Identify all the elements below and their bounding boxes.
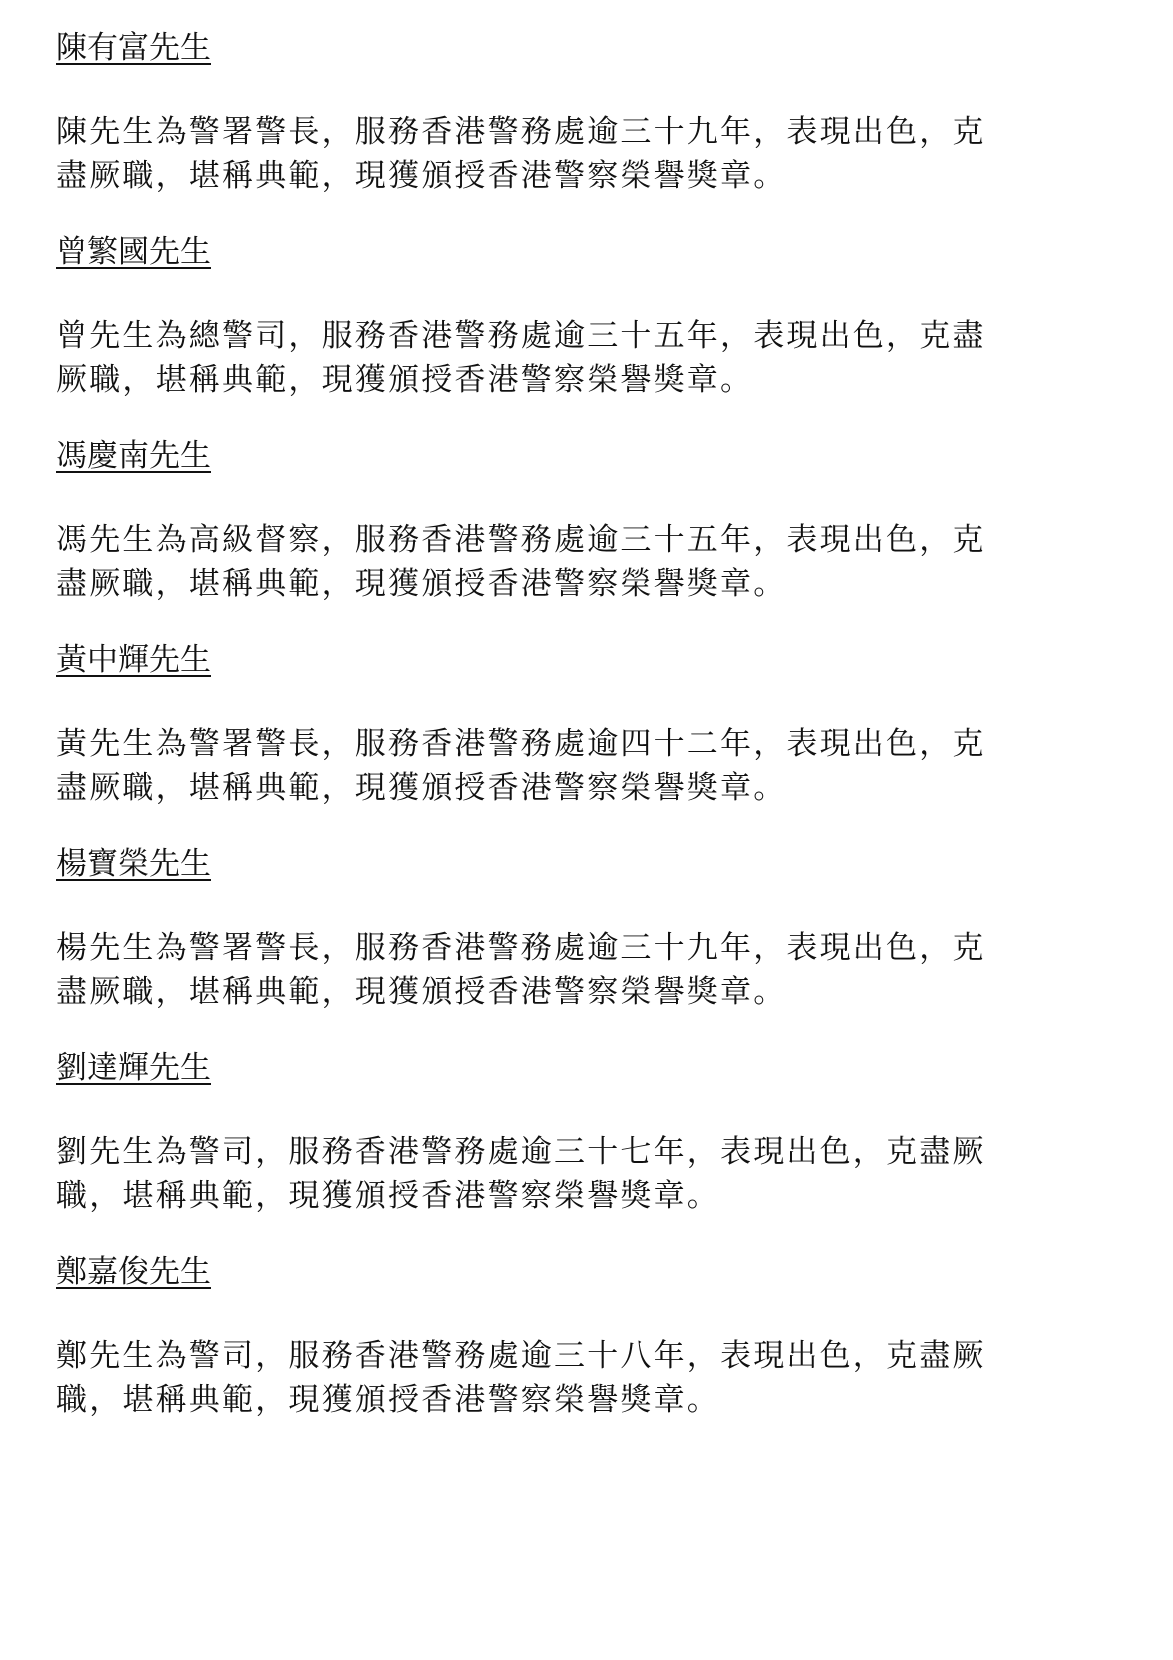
awardee-entry: 劉達輝先生 劉先生為警司，服務香港警務處逾三十七年，表現出色，克盡厥 職，堪稱典… (56, 1048, 1116, 1088)
citation-line: 馮先生為高級督察，服務香港警務處逾三十五年，表現出色，克 (56, 518, 1116, 562)
citation-line: 盡厥職，堪稱典範，現獲頒授香港警察榮譽獎章。 (56, 154, 1116, 198)
awardee-name: 楊寶榮先生 (56, 844, 211, 884)
citation-line: 職，堪稱典範，現獲頒授香港警察榮譽獎章。 (56, 1174, 1116, 1218)
citation-line: 職，堪稱典範，現獲頒授香港警察榮譽獎章。 (56, 1378, 1116, 1422)
citation-line: 曾先生為總警司，服務香港警務處逾三十五年，表現出色，克盡 (56, 314, 1116, 358)
citation-line: 陳先生為警署警長，服務香港警務處逾三十九年，表現出色，克 (56, 110, 1116, 154)
awardee-name: 黃中輝先生 (56, 640, 211, 680)
awardee-entry: 楊寶榮先生 楊先生為警署警長，服務香港警務處逾三十九年，表現出色，克 盡厥職，堪… (56, 844, 1116, 884)
citation-line: 楊先生為警署警長，服務香港警務處逾三十九年，表現出色，克 (56, 926, 1116, 970)
awardee-citation: 馮先生為高級督察，服務香港警務處逾三十五年，表現出色，克 盡厥職，堪稱典範，現獲… (56, 518, 1116, 606)
awardee-entry: 陳有富先生 陳先生為警署警長，服務香港警務處逾三十九年，表現出色，克 盡厥職，堪… (56, 28, 1116, 68)
citation-line: 劉先生為警司，服務香港警務處逾三十七年，表現出色，克盡厥 (56, 1130, 1116, 1174)
citation-line: 盡厥職，堪稱典範，現獲頒授香港警察榮譽獎章。 (56, 766, 1116, 810)
awardee-citation: 陳先生為警署警長，服務香港警務處逾三十九年，表現出色，克 盡厥職，堪稱典範，現獲… (56, 110, 1116, 198)
awardee-citation: 黃先生為警署警長，服務香港警務處逾四十二年，表現出色，克 盡厥職，堪稱典範，現獲… (56, 722, 1116, 810)
awardee-entry: 曾繁國先生 曾先生為總警司，服務香港警務處逾三十五年，表現出色，克盡 厥職，堪稱… (56, 232, 1116, 272)
awardee-citation: 曾先生為總警司，服務香港警務處逾三十五年，表現出色，克盡 厥職，堪稱典範，現獲頒… (56, 314, 1116, 402)
awardee-entry: 馮慶南先生 馮先生為高級督察，服務香港警務處逾三十五年，表現出色，克 盡厥職，堪… (56, 436, 1116, 476)
citation-line: 盡厥職，堪稱典範，現獲頒授香港警察榮譽獎章。 (56, 970, 1116, 1014)
citation-line: 盡厥職，堪稱典範，現獲頒授香港警察榮譽獎章。 (56, 562, 1116, 606)
awardee-name: 曾繁國先生 (56, 232, 211, 272)
awardee-name: 馮慶南先生 (56, 436, 211, 476)
citation-line: 黃先生為警署警長，服務香港警務處逾四十二年，表現出色，克 (56, 722, 1116, 766)
awardee-entry: 鄭嘉俊先生 鄭先生為警司，服務香港警務處逾三十八年，表現出色，克盡厥 職，堪稱典… (56, 1252, 1116, 1292)
awardee-citation: 鄭先生為警司，服務香港警務處逾三十八年，表現出色，克盡厥 職，堪稱典範，現獲頒授… (56, 1334, 1116, 1422)
awardee-citation: 楊先生為警署警長，服務香港警務處逾三十九年，表現出色，克 盡厥職，堪稱典範，現獲… (56, 926, 1116, 1014)
awardee-citation: 劉先生為警司，服務香港警務處逾三十七年，表現出色，克盡厥 職，堪稱典範，現獲頒授… (56, 1130, 1116, 1218)
citation-line: 厥職，堪稱典範，現獲頒授香港警察榮譽獎章。 (56, 358, 1116, 402)
citation-line: 鄭先生為警司，服務香港警務處逾三十八年，表現出色，克盡厥 (56, 1334, 1116, 1378)
awardee-name: 陳有富先生 (56, 28, 211, 68)
awardee-name: 劉達輝先生 (56, 1048, 211, 1088)
awardee-entry: 黃中輝先生 黃先生為警署警長，服務香港警務處逾四十二年，表現出色，克 盡厥職，堪… (56, 640, 1116, 680)
awardee-name: 鄭嘉俊先生 (56, 1252, 211, 1292)
